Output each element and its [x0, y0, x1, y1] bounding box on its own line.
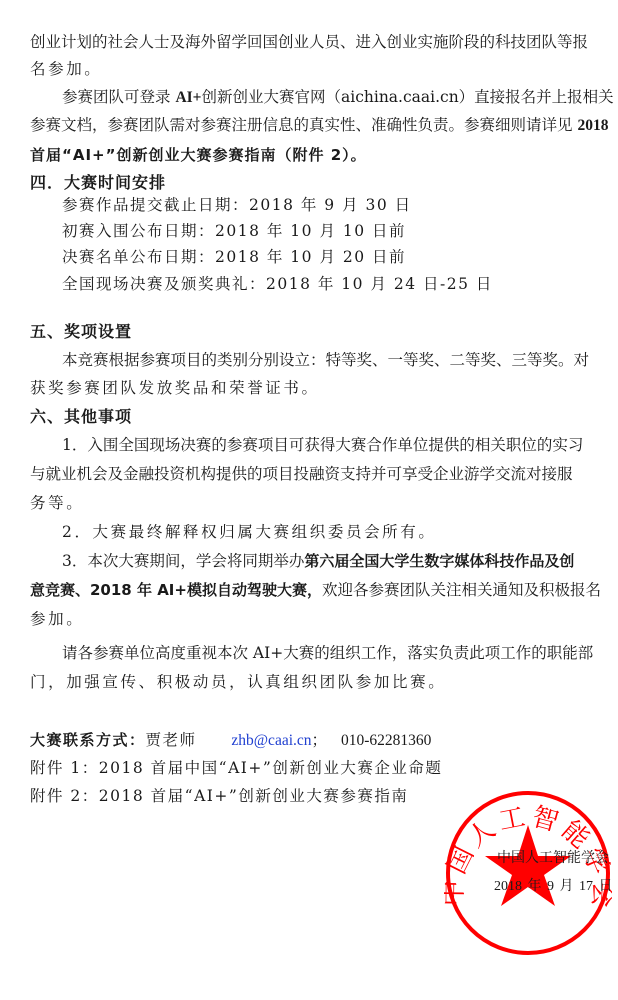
- other-item1-line-2: 与就业机会及金融投资机构提供的项目投融资支持并可享受企业游学交流对接服: [30, 464, 570, 484]
- seal-icon: 中国人工智能学会: [444, 790, 612, 956]
- intro-line-2: 名参加。: [30, 59, 570, 79]
- section4-title: 四．大赛时间安排: [30, 173, 570, 193]
- section6-title: 六、其他事项: [30, 407, 570, 427]
- contact-person: 贾老师: [146, 731, 197, 749]
- register-line-1: 参赛团队可登录 AI+创新创业大赛官网（aichina.caai.cn）直接报名…: [62, 87, 570, 108]
- signature-org: 中国人工智能学会: [497, 847, 609, 867]
- section5-title: 五、奖项设置: [30, 322, 570, 342]
- contact-separator: ；: [312, 731, 329, 749]
- awards-line-2: 获奖参赛团队发放奖品和荣誉证书。: [30, 378, 570, 398]
- other-item2: 2．大赛最终解释权归属大赛组织委员会所有。: [62, 522, 570, 542]
- other-item1-line-3: 务等。: [30, 493, 570, 513]
- register-text: 参赛团队可登录: [62, 88, 175, 106]
- register-bold-year: 2018: [577, 117, 608, 134]
- other-item3-line-1: 3．本次大赛期间，学会将同期举办第六届全国大学生数字媒体科技作品及创: [62, 551, 570, 571]
- schedule-item-final-ceremony: 全国现场决赛及颁奖典礼：2018 年 10 月 24 日-25 日: [62, 274, 570, 294]
- register-line-2: 参赛文档，参赛团队需对参赛注册信息的真实性、准确性负责。参赛细则请详见 2018: [30, 115, 570, 136]
- item3-text-2: 欢迎各参赛团队关注相关通知及积极报名: [322, 581, 601, 599]
- contact-label: 大赛联系方式：: [30, 731, 146, 749]
- item3-bold-event-2: 意竞赛、2018 年 AI+模拟自动驾驶大赛，: [30, 581, 322, 599]
- attachment-1: 附件 1：2018 首届中国“AI+”创新创业大赛企业命题: [30, 758, 570, 778]
- other-item3-line-2: 意竞赛、2018 年 AI+模拟自动驾驶大赛，欢迎各参赛团队关注相关通知及积极报…: [30, 580, 570, 600]
- awards-line-1: 本竞赛根据参赛项目的类别分别设立：特等奖、一等奖、二等奖、三等奖。对: [62, 350, 570, 370]
- official-seal: 中国人工智能学会 中国人工智能学会 2018 年 9 月 17 日: [444, 790, 612, 956]
- closing-line-2: 门，加强宣传、积极动员，认真组织团队参加比赛。: [30, 672, 570, 692]
- contact-phone: 010-62281360: [341, 732, 431, 749]
- contact-line: 大赛联系方式：贾老师 zhb@caai.cn； 010-62281360: [30, 730, 570, 751]
- signature-date: 2018 年 9 月 17 日: [494, 875, 613, 895]
- other-item1-line-1: 1．入围全国现场决赛的参赛项目可获得大赛合作单位提供的相关职位的实习: [62, 435, 570, 455]
- intro-line-1: 创业计划的社会人士及海外留学回国创业人员、进入创业实施阶段的科技团队等报: [30, 32, 570, 52]
- item3-bold-event: 第六届全国大学生数字媒体科技作品及创: [304, 552, 574, 570]
- contact-email-link[interactable]: zhb@caai.cn: [231, 732, 311, 749]
- register-text-website: 创新创业大赛官网（aichina.caai.cn）直接报名并上报相关: [202, 88, 614, 106]
- schedule-item-prelim: 初赛入围公布日期：2018 年 10 月 10 日前: [62, 221, 570, 241]
- closing-line-1: 请各参赛单位高度重视本次 AI+大赛的组织工作，落实负责此项工作的职能部: [62, 643, 570, 663]
- other-item3-line-3: 参加。: [30, 609, 570, 629]
- item3-text: 3．本次大赛期间，学会将同期举办: [62, 552, 304, 570]
- schedule-item-final-list: 决赛名单公布日期：2018 年 10 月 20 日前: [62, 247, 570, 267]
- register-text-2: 参赛文档，参赛团队需对参赛注册信息的真实性、准确性负责。参赛细则请详见: [30, 116, 577, 134]
- schedule-item-submission: 参赛作品提交截止日期：2018 年 9 月 30 日: [62, 195, 570, 215]
- register-line-3: 首届“AI+”创新创业大赛参赛指南（附件 2）。: [30, 145, 570, 165]
- register-bold-ai: AI+: [175, 89, 201, 106]
